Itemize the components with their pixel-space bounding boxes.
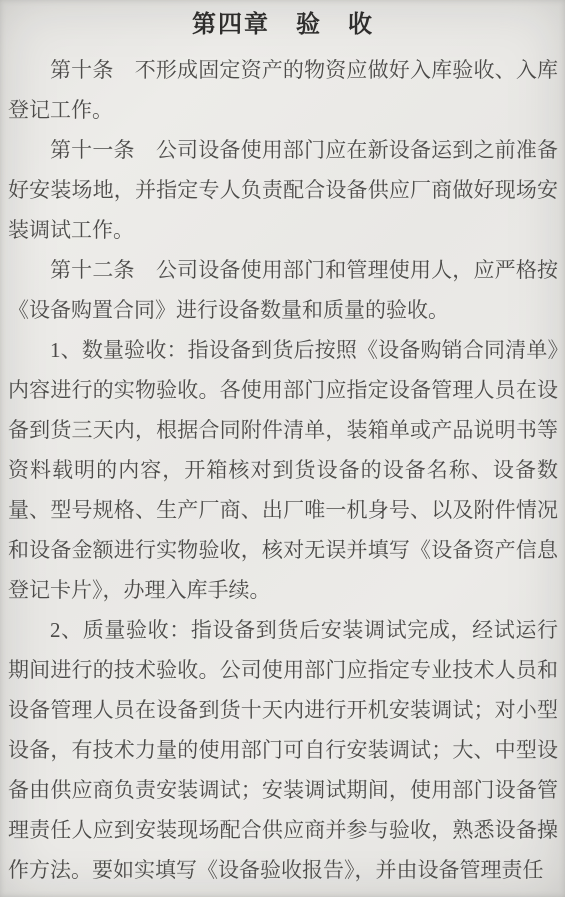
paragraph-article-11: 第十一条 公司设备使用部门应在新设备运到之前准备好安装场地，并指定专人负责配合设…: [8, 130, 558, 250]
paragraph-article-10: 第十条 不形成固定资产的物资应做好入库验收、入库登记工作。: [8, 50, 558, 130]
paragraph-quality-acceptance: 2、质量验收：指设备到货后安装调试完成，经试运行期间进行的技术验收。公司使用部门…: [8, 610, 558, 890]
document-content: 第四章 验 收 第十条 不形成固定资产的物资应做好入库验收、入库登记工作。 第十…: [8, 7, 558, 890]
paragraph-quantity-acceptance: 1、数量验收：指设备到货后按照《设备购销合同清单》内容进行的实物验收。各使用部门…: [8, 330, 558, 610]
paragraph-article-12: 第十二条 公司设备使用部门和管理使用人，应严格按《设备购置合同》进行设备数量和质…: [8, 250, 558, 330]
chapter-title: 第四章 验 收: [8, 7, 558, 44]
document-page: 第四章 验 收 第十条 不形成固定资产的物资应做好入库验收、入库登记工作。 第十…: [0, 0, 565, 897]
